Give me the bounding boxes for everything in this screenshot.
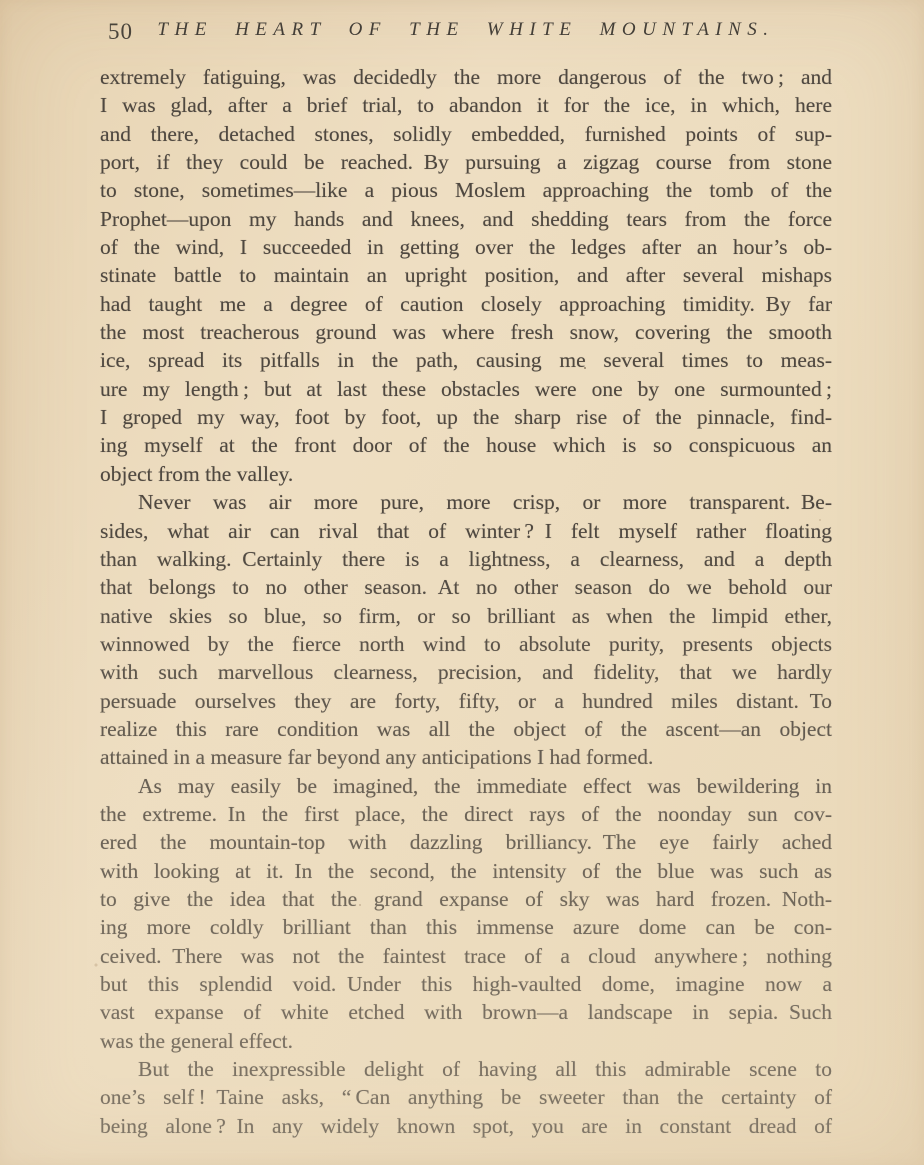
page-content: 50 THE HEART OF THE WHITE MOUNTAINS. ext… — [0, 0, 924, 1140]
text-line: with looking at it. In the second, the i… — [100, 857, 832, 885]
text-line: Never was air more pure, more crisp, or … — [100, 488, 832, 516]
text-line: than walking. Certainly there is a light… — [100, 545, 832, 573]
text-line: had taught me a degree of caution closel… — [100, 290, 832, 318]
text-line: was the general effect. — [100, 1027, 832, 1055]
page-body: extremely fatiguing, was decidedly the m… — [100, 63, 832, 1140]
text-line: stinate battle to maintain an upright po… — [100, 261, 832, 289]
paragraph: But the inexpressible delight of having … — [100, 1055, 832, 1140]
text-line: one’s self ! Taine asks, “ Can anything … — [100, 1083, 832, 1111]
text-line: to stone, sometimes—like a pious Moslem … — [100, 176, 832, 204]
text-line: But the inexpressible delight of having … — [100, 1055, 832, 1083]
text-line: but this splendid void. Under this high-… — [100, 970, 832, 998]
text-line: ceived. There was not the faintest trace… — [100, 942, 832, 970]
text-line: that belongs to no other season. At no o… — [100, 573, 832, 601]
text-line: ing myself at the front door of the hous… — [100, 431, 832, 459]
text-line: the extreme. In the first place, the dir… — [100, 800, 832, 828]
text-line: As may easily be imagined, the immediate… — [100, 772, 832, 800]
text-line: winnowed by the fierce north wind to abs… — [100, 630, 832, 658]
text-line: object from the valley. — [100, 460, 832, 488]
text-line: of the wind, I succeeded in getting over… — [100, 233, 832, 261]
paragraph: extremely fatiguing, was decidedly the m… — [100, 63, 832, 488]
text-line: I was glad, after a brief trial, to aban… — [100, 91, 832, 119]
text-line: ure my length ; but at last these obstac… — [100, 375, 832, 403]
text-line: sides, what air can rival that of winter… — [100, 517, 832, 545]
text-line: to give the idea that the grand expanse … — [100, 885, 832, 913]
text-line: Prophet—upon my hands and knees, and she… — [100, 205, 832, 233]
text-line: attained in a measure far beyond any ant… — [100, 743, 832, 771]
paragraph: As may easily be imagined, the immediate… — [100, 772, 832, 1055]
text-line: I groped my way, foot by foot, up the sh… — [100, 403, 832, 431]
paragraph: Never was air more pure, more crisp, or … — [100, 488, 832, 771]
text-line: with such marvellous clearness, precisio… — [100, 658, 832, 686]
text-line: port, if they could be reached. By pursu… — [100, 148, 832, 176]
page-number: 50 — [108, 18, 133, 46]
running-title: THE HEART OF THE WHITE MOUNTAINS. — [100, 16, 832, 44]
text-line: being alone ? In any widely known spot, … — [100, 1112, 832, 1140]
text-line: realize this rare condition was all the … — [100, 715, 832, 743]
book-page: 50 THE HEART OF THE WHITE MOUNTAINS. ext… — [0, 0, 924, 1165]
text-line: native skies so blue, so firm, or so bri… — [100, 602, 832, 630]
text-line: and there, detached stones, solidly embe… — [100, 120, 832, 148]
text-line: ice, spread its pitfalls in the path, ca… — [100, 346, 832, 374]
text-line: ered the mountain-top with dazzling bril… — [100, 828, 832, 856]
text-line: ing more coldly brilliant than this imme… — [100, 913, 832, 941]
text-line: the most treacherous ground was where fr… — [100, 318, 832, 346]
text-line: extremely fatiguing, was decidedly the m… — [100, 63, 832, 91]
page-header: 50 THE HEART OF THE WHITE MOUNTAINS. — [100, 16, 832, 46]
text-line: persuade ourselves they are forty, fifty… — [100, 687, 832, 715]
text-line: vast expanse of white etched with brown—… — [100, 998, 832, 1026]
